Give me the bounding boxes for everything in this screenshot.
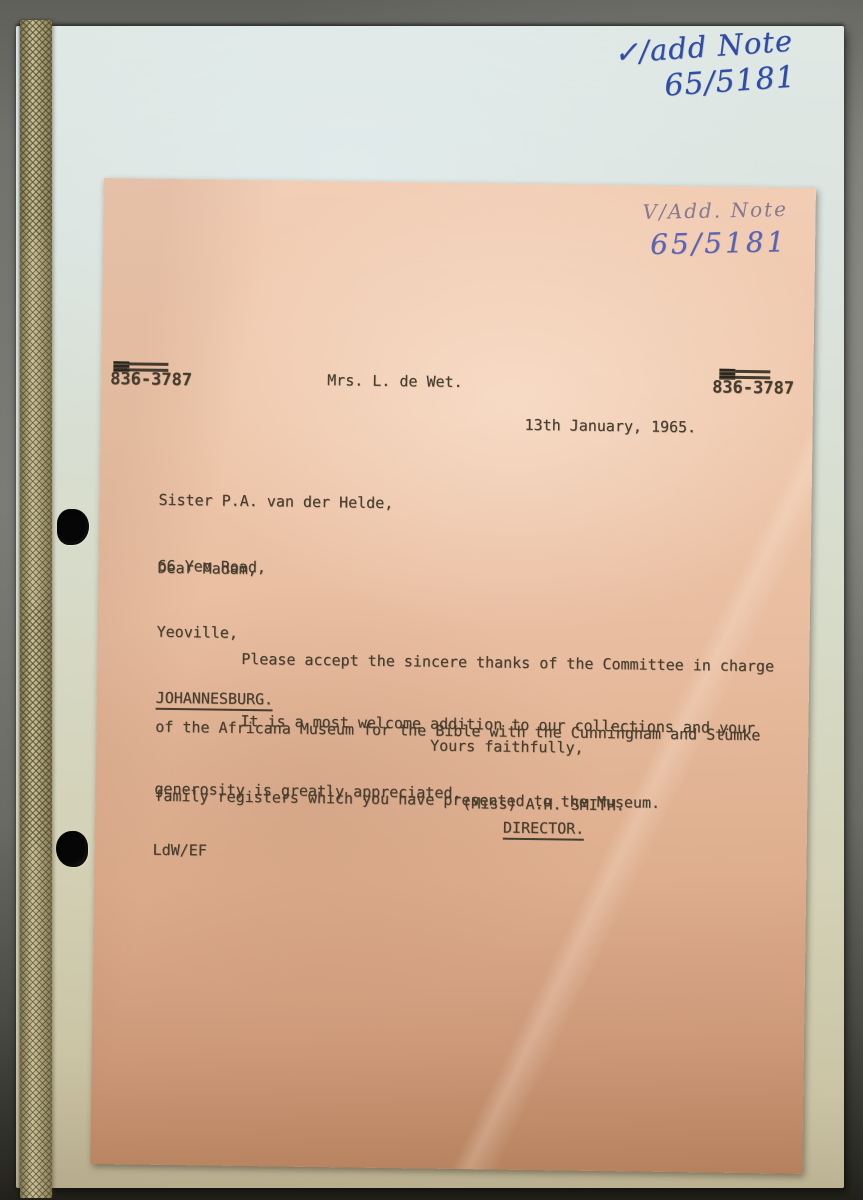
letter-annotation-label: V/Add. Note [642,197,788,224]
archive-note-line2: 65/5181 [663,60,797,104]
letter-document: V/Add. Note 65/5181 836-3787 836-3787 Mr… [90,178,816,1174]
salutation: Dear Madam, [157,557,257,580]
signatory-name: (Miss) A.H. SMITH. [462,792,625,816]
address-line-1: Sister P.A. van der Helde, [158,489,393,514]
punch-hole-bottom [56,831,88,867]
closing-valediction: Yours faithfully, [430,735,584,759]
phone-number-right: 836-3787 [712,377,794,400]
binding-strip [20,20,52,1198]
letter-date: 13th January, 1965. [524,414,696,438]
body-paragraph-2: It is a most welcome addition to our col… [154,663,756,855]
phone-number-left: 836-3787 [110,368,192,391]
typist-reference: LdW/EF [152,839,206,862]
signatory-title: DIRECTOR. [503,819,585,841]
photograph-background: ✓/add Note 65/5181 V/Add. Note 65/5181 8… [0,0,863,1200]
archive-note-handwritten: ✓/add Note 65/5181 [613,20,849,136]
letter-annotation-number: 65/5181 [650,225,788,261]
recipient-reference: Mrs. L. de Wet. [327,369,463,393]
body-line: generosity is greatly appreciated. [154,778,754,809]
